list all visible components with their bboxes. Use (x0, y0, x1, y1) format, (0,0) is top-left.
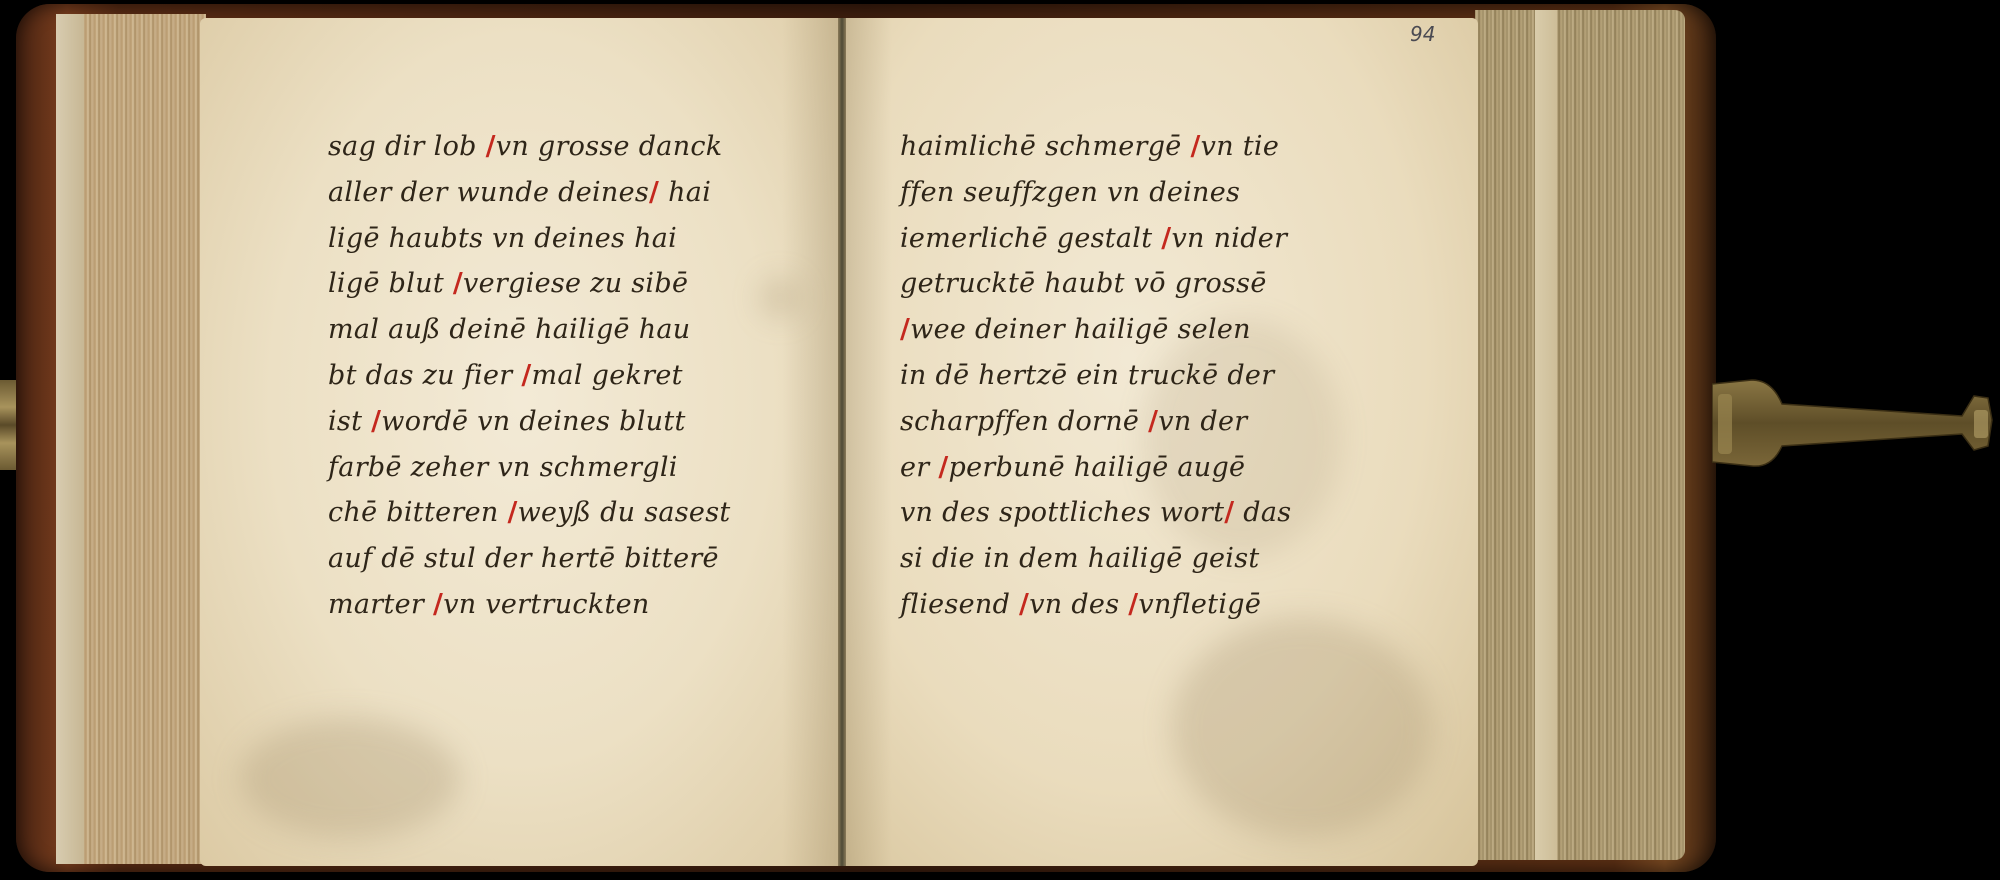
brass-clasp-icon (1712, 376, 1996, 468)
text-line: iemerlichē gestalt /vn nider (900, 216, 1370, 262)
text-line: ligē haubts vn deines hai (328, 216, 828, 262)
page-edges-left (56, 14, 206, 864)
left-page-text: sag dir lob /vn grosse danck aller der w… (328, 124, 828, 628)
text-line: vn des spottliches wort/ das (900, 490, 1370, 536)
text-line: ist /wordē vn deines blutt (328, 399, 828, 445)
rubric-mark: / (486, 131, 496, 162)
rubric-mark: / (521, 360, 531, 391)
text-line: ffen seuffzgen vn deines (900, 170, 1370, 216)
rubric-mark: / (1019, 589, 1029, 620)
text-line: mal auß deinē hailigē hau (328, 307, 828, 353)
text-line: fliesend /vn des /vnfletigē (900, 582, 1370, 628)
text-line: farbē zeher vn schmergli (328, 445, 828, 491)
text-line: er /perbunē hailigē augē (900, 445, 1370, 491)
rubric-mark: / (371, 406, 381, 437)
rubric-mark: / (433, 589, 443, 620)
text-line: bt das zu fier /mal gekret (328, 353, 828, 399)
folio-number: 94 (1410, 22, 1435, 46)
text-line: haimlichē schmergē /vn tie (900, 124, 1370, 170)
rubric-mark: / (900, 314, 910, 345)
clasp-catch-left (0, 380, 16, 470)
text-line: sag dir lob /vn grosse danck (328, 124, 828, 170)
text-line: chē bitteren /weyß du sasest (328, 490, 828, 536)
rubric-mark: / (1148, 406, 1158, 437)
text-line: aller der wunde deines/ hai (328, 170, 828, 216)
text-line: ligē blut /vergiese zu sibē (328, 261, 828, 307)
rubric-mark: / (1128, 589, 1138, 620)
text-line: si die in dem hailigē geist (900, 536, 1370, 582)
rubric-mark: / (507, 497, 517, 528)
rubric-mark: / (453, 268, 463, 299)
text-line: auf dē stul der hertē bitterē (328, 536, 828, 582)
page-edges-right (1475, 10, 1685, 860)
text-line: in dē hertzē ein truckē der (900, 353, 1370, 399)
manuscript-photo: 94 sag dir lob /vn grosse danck aller de… (0, 0, 2000, 880)
text-line: /wee deiner hailigē selen (900, 307, 1370, 353)
text-line: marter /vn vertruckten (328, 582, 828, 628)
text-line: getrucktē haubt vō grossē (900, 261, 1370, 307)
rubric-mark: / (649, 177, 659, 208)
text-line: scharpffen dornē /vn der (900, 399, 1370, 445)
rubric-mark: / (1224, 497, 1234, 528)
rubric-mark: / (938, 452, 948, 483)
right-page-text: haimlichē schmergē /vn tie ffen seuffzge… (900, 124, 1370, 628)
rubric-mark: / (1161, 223, 1171, 254)
gutter (838, 18, 846, 866)
rubric-mark: / (1190, 131, 1200, 162)
